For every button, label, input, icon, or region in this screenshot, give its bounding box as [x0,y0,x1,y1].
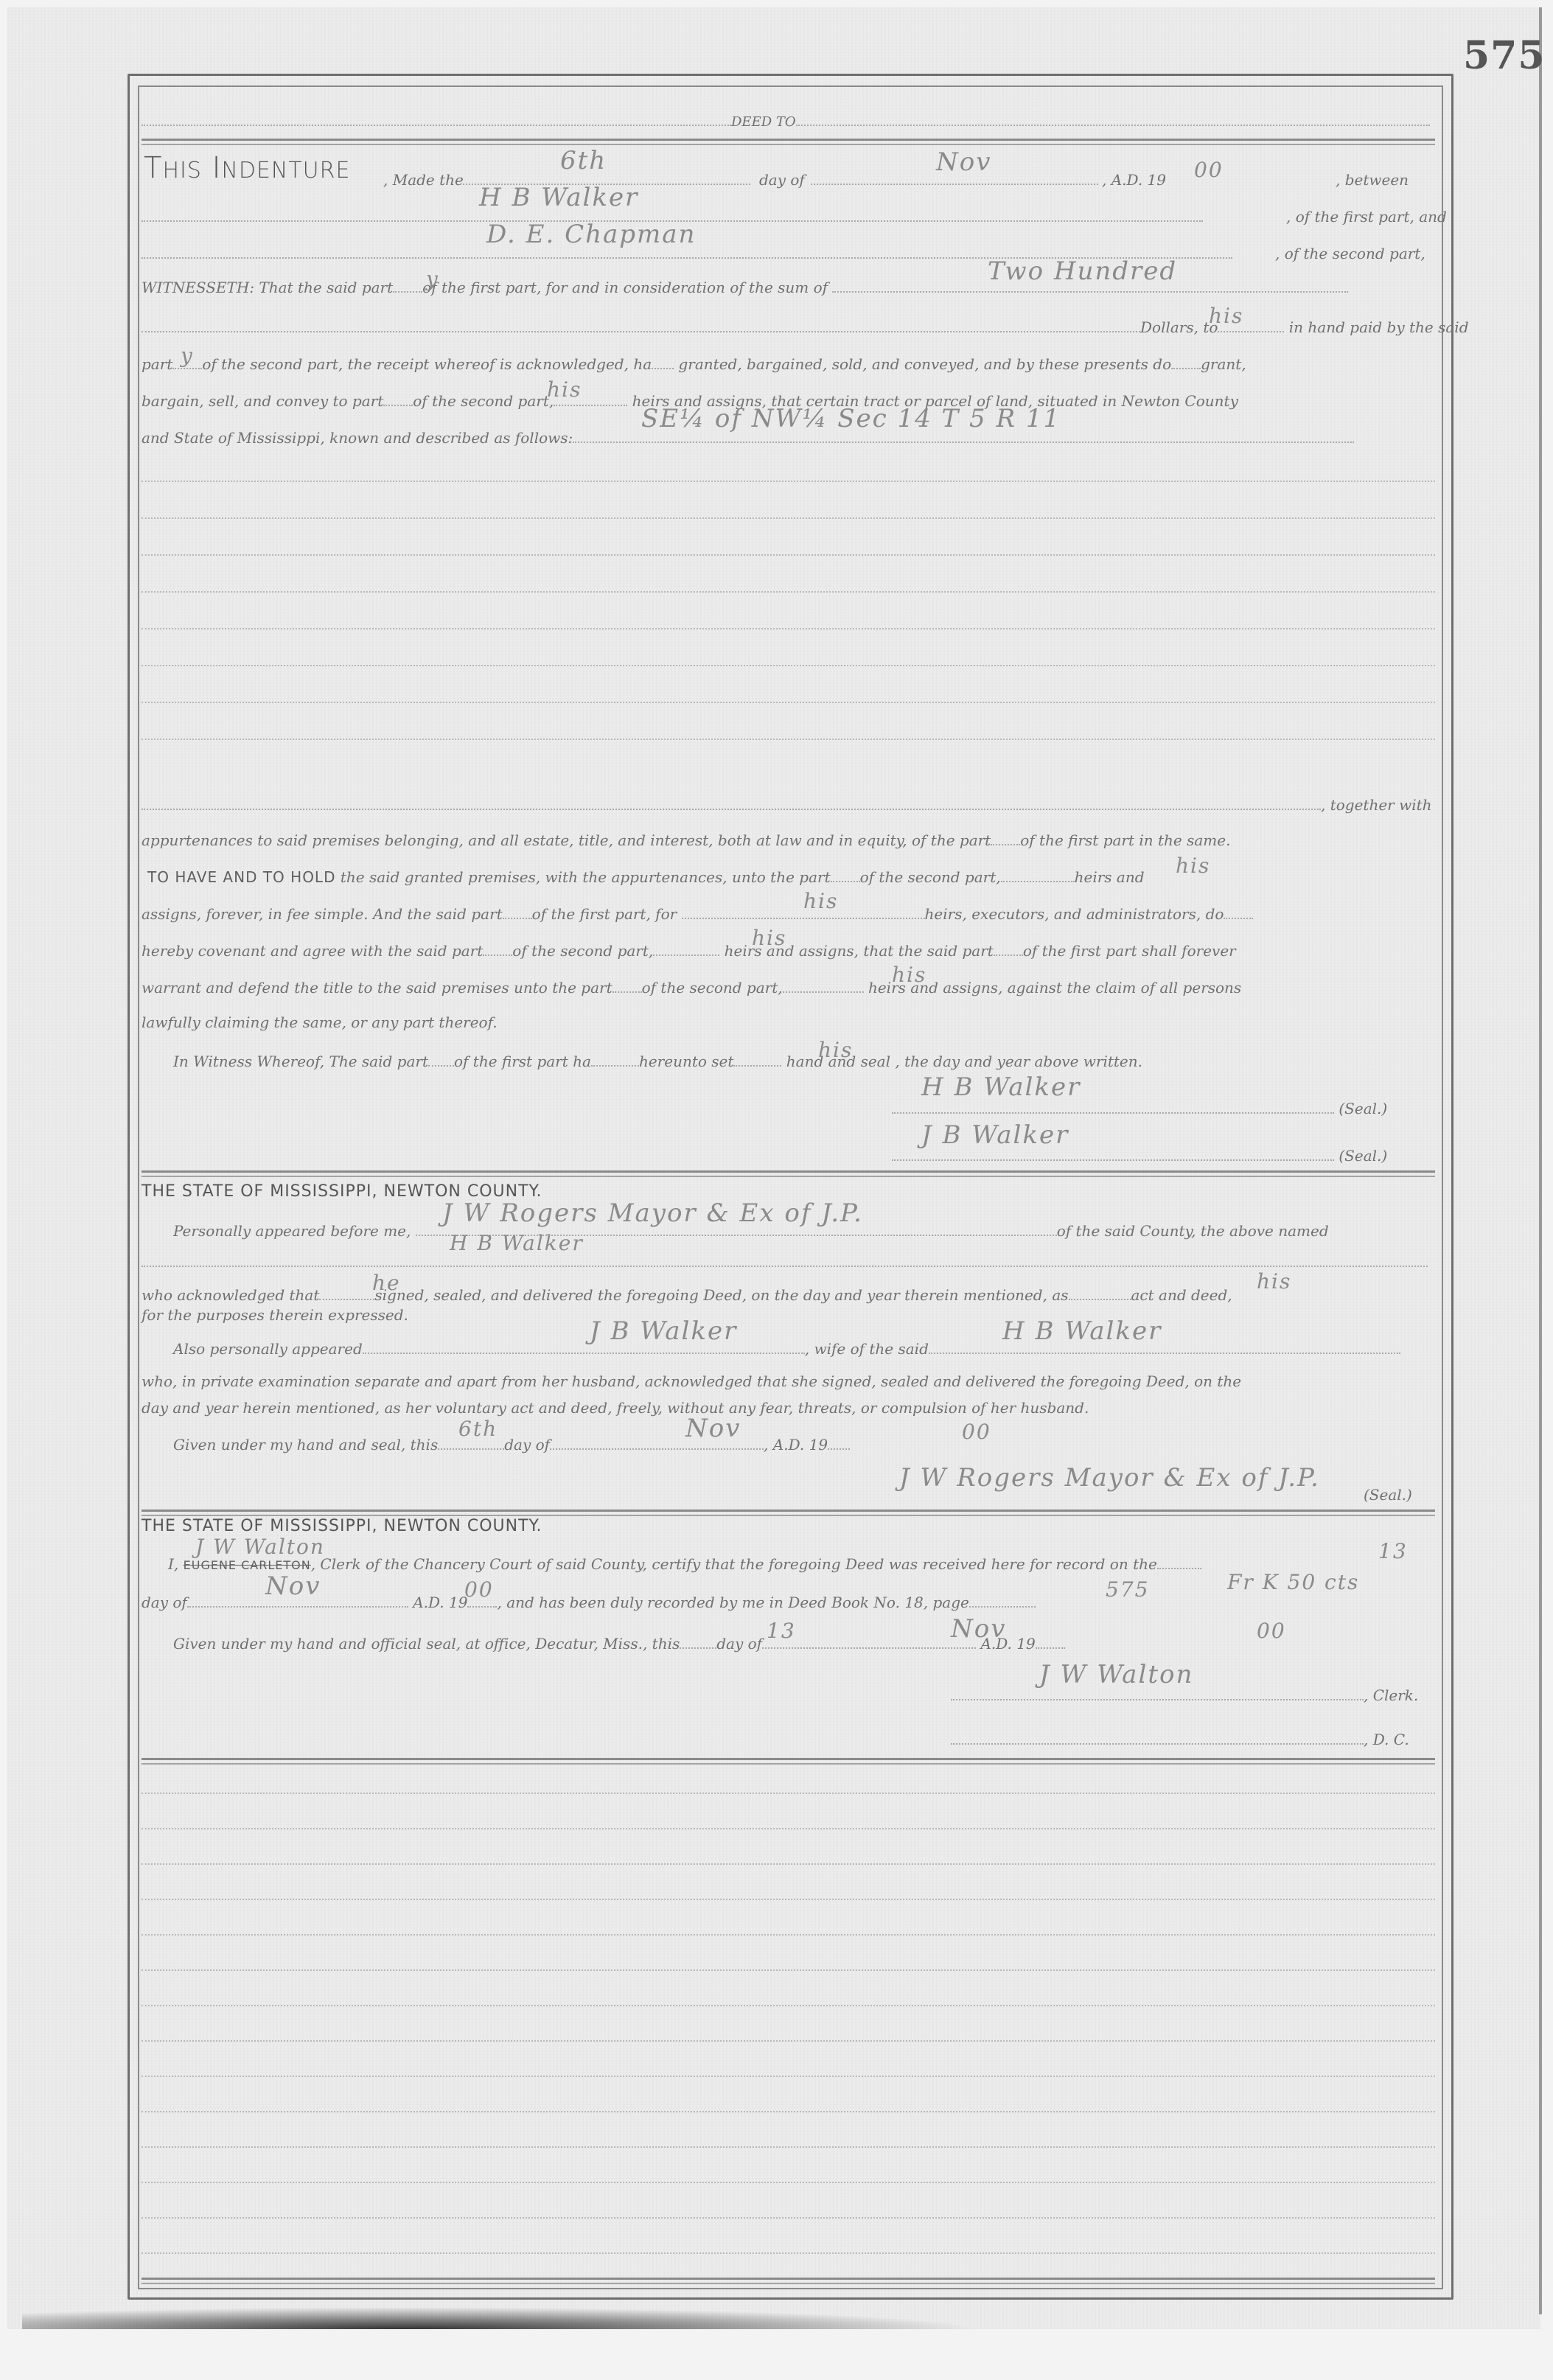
ruled-line [142,1969,1435,1971]
purposes-line: for the purposes therein expressed. [142,1306,408,1324]
ruled-line [142,517,1435,519]
in-witness-line: In Witness Whereof, The said partof the … [173,1053,1142,1070]
deed-to-row: DEED TO [142,112,1435,130]
ad-label: , A.D. 19 [1102,171,1166,189]
deed-to-label: DEED TO [731,114,796,130]
given-line: Given under my hand and seal, thisday of… [173,1436,850,1454]
clerk-signature: J W Walton [1039,1660,1193,1689]
officer-seal: (Seal.) [1364,1486,1412,1504]
first-party-name: H B Walker [479,183,638,212]
ruled-line [142,2005,1435,2006]
ruled-line [142,554,1435,556]
ruled-line [142,1899,1435,1900]
ruled-line [142,2252,1435,2254]
ruled-line [142,665,1435,666]
year-handwritten: 00 [1194,158,1224,182]
day-handwritten: 6th [560,146,607,175]
clerk-line: , Clerk. [951,1686,1418,1704]
signature-line-1: (Seal.) [892,1100,1387,1117]
ruled-line [142,1793,1435,1794]
grantor-signature-2: J B Walker [921,1120,1069,1150]
ack-separator [142,1170,1435,1173]
ruled-line [142,739,1435,740]
binding-shadow [22,2307,980,2329]
ruled-line [142,481,1435,482]
second-part-label: , of the second part, [1275,245,1425,262]
page-number: 575 [1463,33,1546,78]
ruled-line [142,591,1435,593]
voluntary-line: day and year herein mentioned, as her vo… [142,1399,1089,1417]
clerk-certify-line: I, EUGENE CARLETON, Clerk of the Chancer… [168,1555,1201,1573]
made-the-label: , Made the [383,171,464,189]
page-edge [1539,7,1542,2314]
who-ack-line: who acknowledged thatsigned, sealed, and… [142,1286,1232,1304]
to-have-line: TO HAVE AND TO HOLD the said granted pre… [147,868,1145,886]
acknowledging-party: H B Walker [450,1231,584,1255]
month-handwritten: Nov [936,147,991,177]
clerk-title: THE STATE OF MISSISSIPPI, NEWTON COUNTY. [142,1517,542,1535]
ruled-line [142,2111,1435,2112]
ruled-line [142,628,1435,629]
lawfully-line: lawfully claiming the same, or any part … [142,1013,498,1031]
private-exam-line: who, in private examination separate and… [142,1372,1241,1390]
land-description: SE¼ of NW¼ Sec 14 T 5 R 11 [641,404,1061,433]
together-with-line: , together with [142,796,1431,814]
second-party-name: D. E. Chapman [486,220,696,249]
also-appeared-line: Also personally appeared, wife of the sa… [173,1340,1400,1358]
ruled-line [142,1828,1435,1829]
officer-signature: J W Rogers Mayor & Ex of J.P. [899,1463,1320,1493]
hereby-line: hereby covenant and agree with the said … [142,942,1236,960]
ruled-line [142,2182,1435,2183]
ruled-line [142,2040,1435,2042]
ruled-line [142,2217,1435,2219]
ruled-line [142,2076,1435,2077]
officer-name: J W Rogers Mayor & Ex of J.P. [442,1198,863,1228]
grantor-signature-1: H B Walker [921,1072,1081,1102]
ruled-line [142,1863,1435,1865]
fee-note: Fr K 50 cts [1227,1570,1359,1594]
appurtenances-line: appurtenances to said premises belonging… [142,831,1230,849]
ruled-line [142,2146,1435,2148]
first-part-label: , of the first part, and [1286,208,1447,226]
day-of-label: day of [759,171,805,189]
frame-bottom-rule [142,2278,1435,2280]
wife-name: J B Walker [590,1316,737,1346]
recorded-page: 575 [1106,1577,1149,1602]
clerk-separator [142,1510,1435,1512]
receipt-line: partof the second part, the receipt wher… [142,355,1246,373]
header-double-rule [142,139,1435,141]
ruled-line [142,1934,1435,1936]
this-indenture-title: THIS INDENTURE [144,151,350,185]
bottom-separator [142,1758,1435,1760]
deputy-clerk-line: , D. C. [951,1731,1409,1748]
assigns-line: assigns, forever, in fee simple. And the… [142,905,1253,923]
warrant-line: warrant and defend the title to the said… [142,979,1241,997]
ruled-line [142,702,1435,703]
given-office-line: Given under my hand and official seal, a… [173,1635,1065,1653]
between-label: , between [1336,171,1409,189]
sum-handwritten: Two Hundred [988,257,1177,286]
husband-name: H B Walker [1002,1316,1162,1346]
